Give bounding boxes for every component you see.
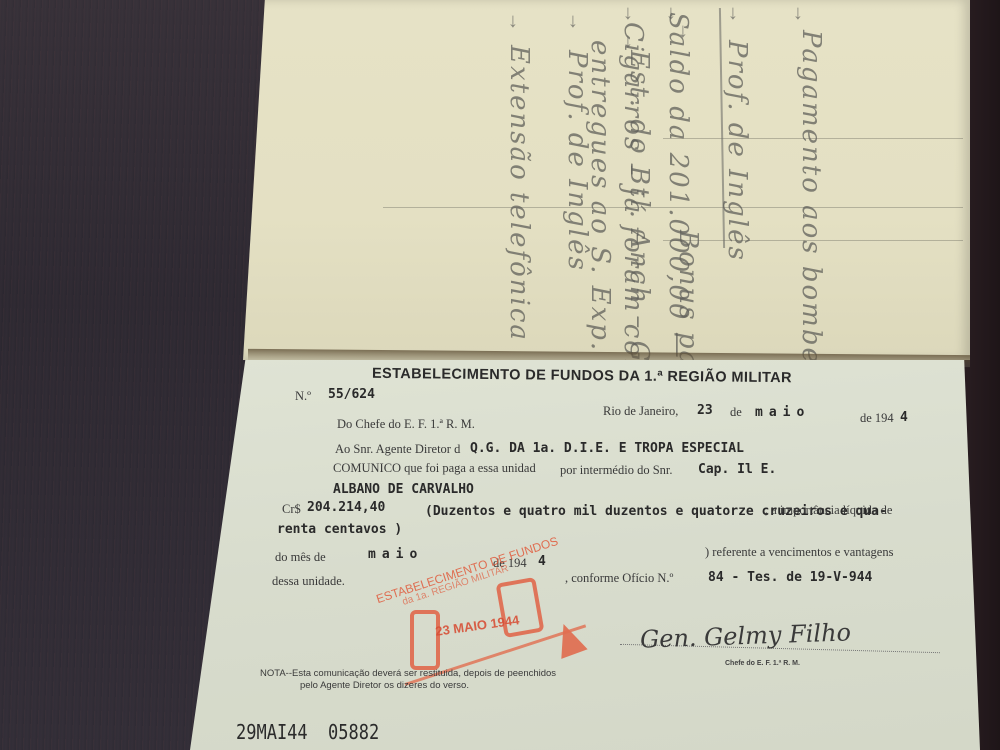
referente-label: ) referente a vencimentos e vantagens — [705, 545, 893, 560]
date-year-label: de 194 — [860, 411, 894, 426]
arrow-icon: → — [724, 4, 747, 24]
place-label: Rio de Janeiro, — [603, 404, 678, 419]
month-ref-label: do mês de — [275, 550, 326, 565]
serial-number-stamp: 05882 — [328, 720, 379, 744]
pencil-note: Prof. de Inglês — [562, 50, 592, 272]
number-label: N.º — [295, 389, 311, 404]
month-ref-value: maio — [368, 547, 423, 562]
arrow-icon: → — [674, 22, 697, 42]
amount-value: 204.214,40 — [307, 500, 385, 515]
currency-label: Cr$ — [282, 502, 301, 517]
payee-name: ALBANO DE CARVALHO — [333, 482, 474, 497]
oficio-reference: 84 - Tes. de 19-V-944 — [708, 570, 872, 585]
pencil-note: Prof. de Inglês — [722, 40, 752, 262]
amount-in-words-2: renta centavos ) — [277, 522, 402, 537]
stamp-frame-left — [410, 610, 440, 670]
net-amount-label: , a importância líquida de — [765, 503, 892, 518]
year-ref-value: 4 — [538, 554, 546, 569]
intermediary: Cap. Il E. — [698, 462, 776, 477]
pencil-note: Extensão telefônica — [504, 45, 534, 342]
nota-line-1: NOTA--Esta comunicação deverá ser restit… — [260, 668, 556, 679]
to-label: Ao Snr. Agente Diretor d — [335, 442, 460, 457]
conforme-label: , conforme Ofício N.º — [565, 571, 673, 586]
comunico-label: COMUNICO que foi paga a essa unidad — [333, 461, 536, 476]
nota-line-2: pelo Agente Diretor os dizeres do verso. — [300, 680, 469, 691]
from-label: Do Chefe do E. F. 1.ª R. M. — [337, 417, 475, 432]
arrow-icon: → — [504, 12, 527, 32]
arrow-icon: → — [619, 4, 642, 24]
date-de-label: de — [730, 405, 742, 420]
unit-label: dessa unidade. — [272, 574, 345, 589]
document-number: 55/624 — [328, 387, 375, 402]
date-year-suffix: 4 — [900, 410, 908, 425]
pencil-note: Est. do Btl. Anch – Gr — [624, 50, 654, 378]
recipient-unit: Q.G. DA 1a. D.I.E. E TROPA ESPECIAL — [470, 441, 744, 456]
via-label: por intermédio do Snr. — [560, 463, 673, 478]
date-day: 23 — [697, 403, 713, 418]
received-date-stamp: 29MAI44 — [236, 720, 308, 744]
arrow-icon: → — [619, 32, 642, 52]
arrow-icon: → — [789, 4, 812, 24]
date-month: maio — [755, 405, 810, 420]
arrow-icon: → — [564, 12, 587, 32]
signature-caption: Chefe do E. F. 1.ª R. M. — [725, 660, 800, 667]
